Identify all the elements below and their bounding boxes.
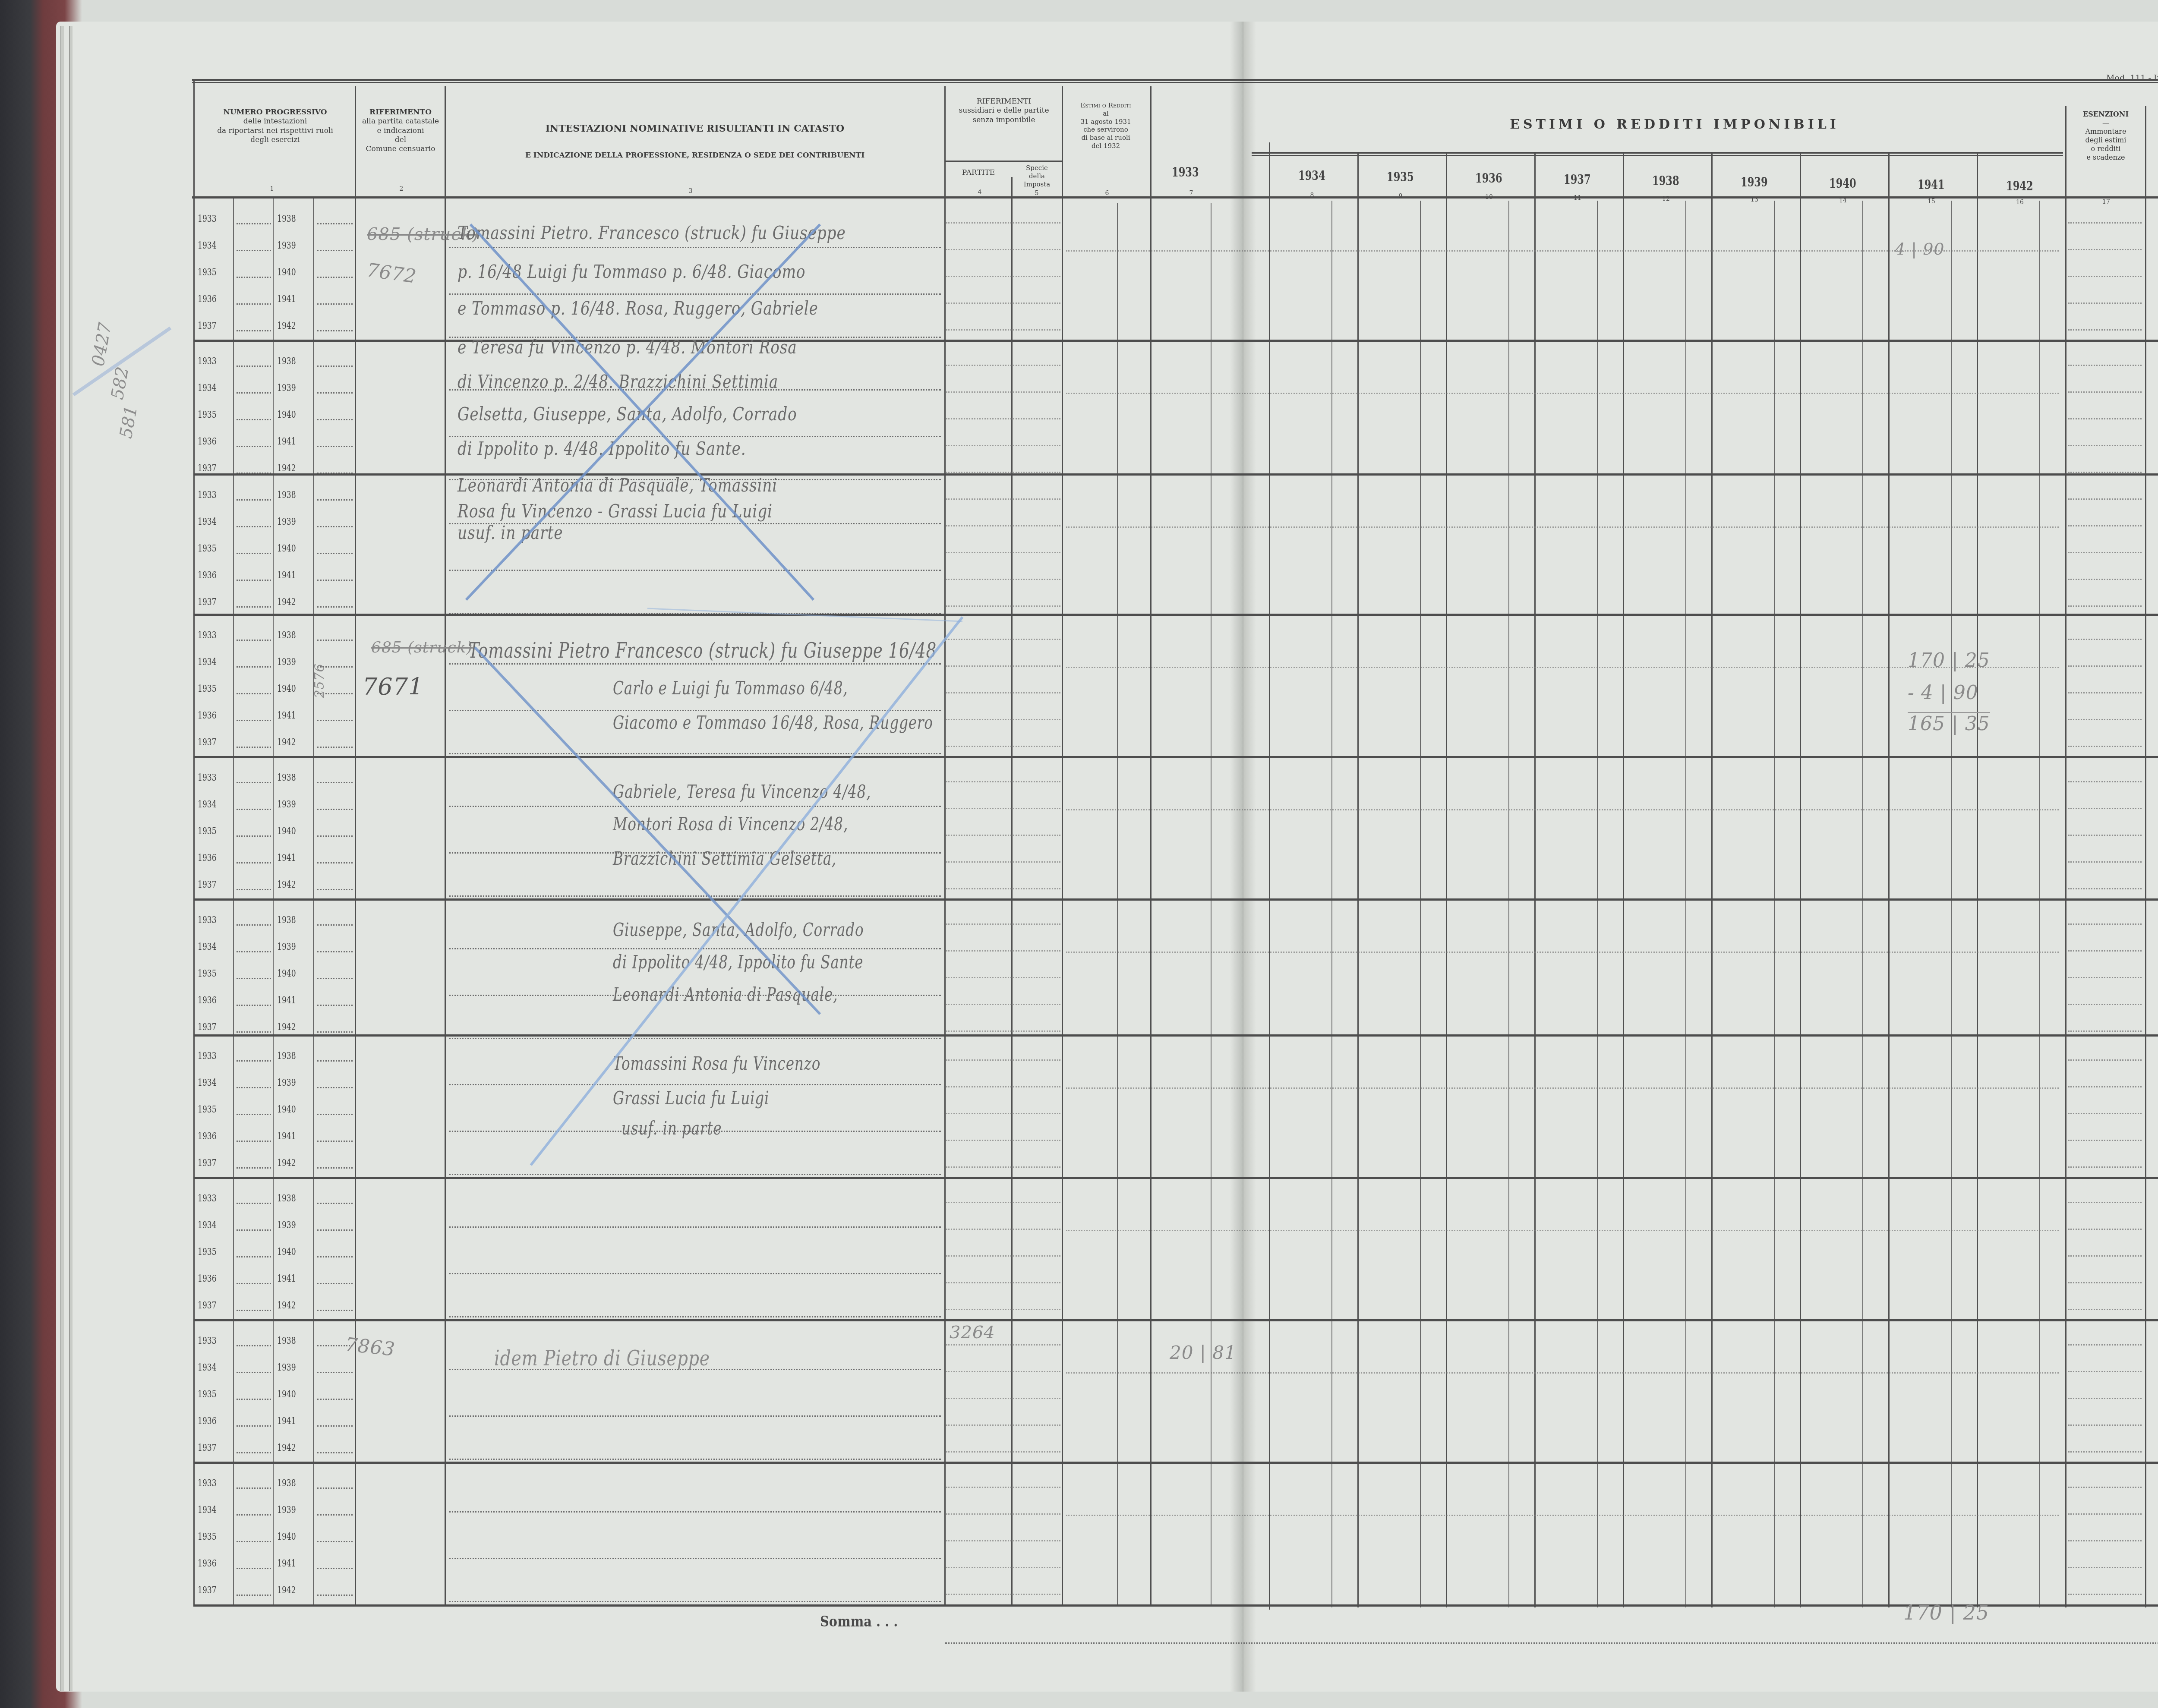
dotted-line [237, 366, 271, 367]
row-year: 1940 [277, 1104, 296, 1115]
dotted-line [317, 419, 353, 420]
dotted-line [237, 1541, 271, 1542]
dotted-line [2068, 472, 2142, 473]
dotted-line [237, 250, 271, 251]
writing-line [449, 1316, 941, 1317]
dotted-line [237, 1031, 271, 1033]
dotted-line [946, 1229, 1060, 1230]
dotted-line [237, 951, 271, 952]
writing-line [449, 1273, 941, 1274]
year-header: 1941 [1918, 177, 1945, 192]
entry-line: Carlo e Luigi fu Tommaso 6/48, [613, 678, 848, 699]
header-col3-subtitle: E INDICAZIONE DELLA PROFESSIONE, RESIDEN… [449, 151, 941, 160]
book-spine [1230, 22, 1256, 1692]
dotted-line [946, 781, 1060, 782]
row-year: 1937 [198, 1158, 217, 1169]
year-header: 1934 [1298, 168, 1325, 183]
dotted-line [317, 809, 353, 810]
block-divider [193, 1034, 2158, 1037]
dotted-line [1066, 1515, 2059, 1516]
dotted-line [317, 1031, 353, 1033]
header-col1: NUMERO PROGRESSIVO delle intestazioni da… [196, 108, 354, 145]
dotted-line [317, 1310, 353, 1311]
dotted-line [2068, 1166, 2142, 1168]
dotted-line [317, 1087, 353, 1088]
border-left [193, 79, 195, 1607]
dotted-line [237, 303, 271, 305]
col-divider [1150, 86, 1152, 1605]
dotted-line [2068, 1594, 2142, 1595]
dotted-line [2068, 1424, 2142, 1426]
year-col-divider [1446, 153, 1447, 1607]
row-year: 1939 [277, 657, 296, 668]
dotted-line [2068, 746, 2142, 747]
row-year: 1941 [277, 853, 296, 863]
estimi-1933-value: 20 | 81 [1170, 1342, 1237, 1363]
dotted-line [2068, 835, 2142, 836]
page-edge [69, 26, 73, 1691]
dotted-line [317, 526, 353, 527]
row-year: 1939 [277, 942, 296, 952]
dotted-line [2068, 861, 2142, 863]
header-line: degli esercizi [196, 136, 354, 145]
row-year: 1933 [198, 915, 217, 926]
year-col-divider [1357, 153, 1359, 1607]
dotted-line [2068, 1059, 2142, 1061]
row-year: 1935 [198, 826, 217, 837]
dotted-line [237, 1372, 271, 1373]
dotted-line [237, 580, 271, 581]
cents-divider [1420, 201, 1421, 1607]
years-header-rule [1252, 152, 2063, 156]
writing-line [449, 1084, 941, 1085]
header-col3-title: INTESTAZIONI NOMINATIVE RISULTANTI IN CA… [449, 123, 941, 135]
dotted-line [2068, 365, 2142, 366]
dotted-line [2068, 249, 2142, 250]
sub-divider [1211, 203, 1212, 1605]
dotted-line [1066, 952, 2059, 953]
estimi-1941-deduction: - 4 | 90 [1908, 682, 1978, 704]
dotted-line [237, 1399, 271, 1400]
row-year: 1936 [198, 1273, 217, 1284]
row-year: 1934 [198, 799, 217, 810]
dotted-line [317, 889, 353, 890]
dotted-line [946, 977, 1060, 978]
header-line: al [1063, 110, 1149, 118]
dotted-line [237, 978, 271, 979]
row-year: 1938 [277, 1051, 296, 1062]
dotted-line [2068, 222, 2142, 224]
cents-divider [1597, 201, 1598, 1607]
row-year: 1935 [198, 410, 217, 420]
row-year: 1935 [198, 1532, 217, 1542]
dotted-line [317, 1568, 353, 1569]
dotted-line [2068, 665, 2142, 667]
header-title: RIFERIMENTI [946, 97, 1062, 106]
dotted-line [317, 1487, 353, 1489]
row-year: 1941 [277, 570, 296, 581]
dotted-line [317, 1372, 353, 1373]
dotted-line [317, 747, 353, 748]
dotted-line [946, 1513, 1060, 1515]
dotted-line [2068, 391, 2142, 393]
row-year: 1941 [277, 436, 296, 447]
dotted-line [317, 640, 353, 641]
dotted-line [2068, 639, 2142, 640]
dotted-line [2068, 692, 2142, 693]
dotted-line [2068, 525, 2142, 526]
year-col-divider [1977, 153, 1978, 1607]
dotted-line [946, 1202, 1060, 1203]
header-title: NUMERO PROGRESSIVO [196, 108, 354, 117]
row-year: 1938 [277, 490, 296, 501]
dotted-line [317, 1229, 353, 1231]
entry-line: Tomassini Pietro Francesco (struck) fu G… [468, 639, 937, 663]
cents-divider [1685, 201, 1686, 1607]
sub-divider [273, 199, 274, 1605]
row-year: 1935 [198, 684, 217, 694]
dotted-line [946, 861, 1060, 863]
row-year: 1939 [277, 383, 296, 394]
year-col-divider [1800, 153, 1801, 1607]
row-year: 1937 [198, 597, 217, 608]
row-year: 1936 [198, 1558, 217, 1569]
dotted-line [237, 1203, 271, 1204]
column-number: 1 [259, 186, 285, 192]
riferimenti-rule [945, 161, 1063, 162]
cents-divider [1508, 201, 1509, 1607]
dotted-line [237, 1256, 271, 1257]
col-divider [1062, 86, 1063, 1605]
dotted-line [946, 923, 1060, 925]
estimi-1941-value: 170 | 25 [1908, 649, 1990, 671]
dotted-line [317, 606, 353, 608]
row-year: 1933 [198, 214, 217, 224]
header-line: sussidiari e delle partite [946, 106, 1062, 115]
dotted-line [317, 782, 353, 783]
dotted-line [317, 1283, 353, 1284]
col-divider [2065, 106, 2067, 1607]
dotted-line [237, 1060, 271, 1062]
row-year: 1937 [198, 879, 217, 890]
row-year: 1939 [277, 240, 296, 251]
entry-line: Leonardi Antonia di Pasquale, Tomassini [457, 475, 777, 496]
dotted-line [317, 1060, 353, 1062]
writing-line [449, 1038, 941, 1039]
row-year: 1936 [198, 294, 217, 305]
dotted-line [946, 665, 1060, 667]
row-year: 1942 [277, 463, 296, 474]
dotted-line [946, 1255, 1060, 1257]
dotted-line [946, 303, 1060, 304]
header-line: da riportarsi nei rispettivi ruoli [196, 126, 354, 136]
writing-line [449, 1601, 941, 1602]
dotted-line [317, 951, 353, 952]
dotted-line [317, 1425, 353, 1427]
writing-line [449, 806, 941, 807]
dotted-line [946, 1540, 1060, 1541]
row-year: 1942 [277, 1022, 296, 1033]
dotted-line [946, 692, 1060, 693]
entry-line: Montori Rosa di Vincenzo 2/48, [613, 813, 848, 835]
row-year: 1934 [198, 1078, 217, 1088]
dotted-line [2068, 276, 2142, 277]
col-divider [355, 86, 356, 1605]
writing-line [449, 1558, 941, 1559]
row-year: 1935 [198, 968, 217, 979]
row-year: 1936 [198, 710, 217, 721]
block-divider [193, 1177, 2158, 1179]
entry-line: idem Pietro di Giuseppe [494, 1346, 710, 1371]
row-year: 1941 [277, 294, 296, 305]
dotted-line [2068, 781, 2142, 782]
dotted-line [946, 498, 1060, 500]
row-year: 1934 [198, 517, 217, 527]
dotted-line [317, 1595, 353, 1596]
dotted-line [2068, 1398, 2142, 1399]
dotted-line [237, 1425, 271, 1427]
dotted-line [237, 499, 271, 501]
dotted-line [237, 553, 271, 554]
writing-line [449, 247, 941, 248]
dotted-line [946, 746, 1060, 747]
row-year: 1939 [277, 1505, 296, 1516]
dotted-line [2068, 1140, 2142, 1141]
dotted-line [317, 1167, 353, 1169]
dotted-line [2068, 1255, 2142, 1257]
dotted-line [237, 606, 271, 608]
row-year: 1936 [198, 1131, 217, 1142]
dotted-line [2068, 418, 2142, 419]
dotted-line [946, 329, 1060, 331]
somma-label: Somma . . . [820, 1613, 898, 1630]
dotted-line [237, 392, 271, 394]
row-year: 1934 [198, 240, 217, 251]
row-year: 1937 [198, 1300, 217, 1311]
dotted-line [946, 1004, 1060, 1005]
dotted-line [317, 1514, 353, 1516]
column-number: 12 [1657, 195, 1675, 202]
cents-divider [1951, 201, 1952, 1607]
dotted-line [1066, 1230, 2059, 1231]
dotted-line [2068, 1487, 2142, 1488]
dotted-line [2068, 977, 2142, 978]
row-year: 1942 [277, 1300, 296, 1311]
entry-line: usuf. in parte [622, 1118, 722, 1139]
dotted-line [946, 1059, 1060, 1061]
writing-line [449, 436, 941, 437]
dotted-line [237, 277, 271, 278]
header-line: del 1932 [1063, 142, 1149, 150]
writing-line [449, 570, 941, 571]
writing-line [449, 753, 941, 754]
dotted-line [317, 330, 353, 331]
dotted-line [946, 1371, 1060, 1372]
dotted-line [317, 978, 353, 979]
block-divider [193, 898, 2158, 901]
header-line: degli estimi [2067, 136, 2144, 145]
header-top-rule [192, 79, 2158, 83]
row-year: 1942 [277, 737, 296, 748]
row-year: 1933 [198, 630, 217, 641]
year-col-divider [1711, 153, 1713, 1607]
row-year: 1942 [277, 1443, 296, 1453]
dotted-line [946, 719, 1060, 720]
dotted-line [237, 223, 271, 224]
row-year: 1936 [198, 1416, 217, 1427]
row-year: 1935 [198, 1247, 217, 1257]
dotted-line [946, 1113, 1060, 1114]
dotted-line [2068, 719, 2142, 720]
row-year: 1940 [277, 543, 296, 554]
header-riferimenti: RIFERIMENTI sussidiari e delle partite s… [946, 97, 1062, 125]
row-year: 1938 [277, 630, 296, 641]
header-line: Estimi o Redditi [1063, 101, 1149, 110]
dotted-line [2068, 1513, 2142, 1515]
dotted-line [317, 446, 353, 447]
cents-divider [1862, 201, 1863, 1607]
header-estimi-imponibili: ESTIMI O REDDITI IMPONIBILI [1295, 117, 2054, 133]
year-header: 1937 [1564, 172, 1591, 187]
column-number: 6 [1094, 190, 1120, 197]
row-year: 1940 [277, 1389, 296, 1400]
dotted-line [2068, 445, 2142, 446]
dotted-line [2068, 579, 2142, 580]
dotted-line [237, 526, 271, 527]
dotted-line [2068, 1451, 2142, 1453]
writing-line [449, 1174, 941, 1175]
entry-line: Tomassini Pietro. Francesco (struck) fu … [457, 222, 846, 243]
header-specie: Specie della Imposta [1012, 164, 1062, 188]
entry-line: Giuseppe, Santa, Adolfo, Corrado [613, 919, 864, 940]
row-year: 1939 [277, 799, 296, 810]
header-line: di base ai ruoli [1063, 134, 1149, 142]
header-line: Ammontare [2067, 127, 2144, 136]
dotted-line [946, 1398, 1060, 1399]
row-year: 1937 [198, 737, 217, 748]
row-year: 1942 [277, 879, 296, 890]
row-year: 1941 [277, 1273, 296, 1284]
sub-divider [1117, 203, 1118, 1605]
row-year: 1934 [198, 942, 217, 952]
row-year: 1937 [198, 321, 217, 331]
dotted-line [237, 640, 271, 641]
row-year: 1933 [198, 356, 217, 367]
row-year: 1939 [277, 517, 296, 527]
dotted-line [237, 693, 271, 694]
dotted-line [237, 1452, 271, 1453]
row-year: 1936 [198, 436, 217, 447]
row-year: 1939 [277, 1362, 296, 1373]
row-year: 1941 [277, 1131, 296, 1142]
dotted-line [2068, 1202, 2142, 1203]
writing-line [449, 293, 941, 295]
dotted-line [317, 580, 353, 581]
dotted-line [946, 391, 1060, 393]
row-year: 1933 [198, 1193, 217, 1204]
year-header: 1940 [1829, 176, 1856, 191]
dotted-line [946, 552, 1060, 553]
riferimento-struck: 685 (struck) [371, 639, 473, 656]
dotted-line [237, 1345, 271, 1346]
header-line: Imposta [1012, 180, 1062, 189]
dotted-line [317, 1256, 353, 1257]
dotted-line [946, 1451, 1060, 1453]
entry-line: p. 16/48 Luigi fu Tommaso p. 6/48. Giaco… [457, 261, 805, 282]
row-year: 1934 [198, 383, 217, 394]
column-number: 13 [1746, 196, 1763, 203]
page-edge [60, 26, 64, 1691]
year-col-divider [1534, 153, 1536, 1607]
row-year: 1941 [277, 995, 296, 1006]
dotted-line [946, 418, 1060, 419]
dotted-line [317, 1399, 353, 1400]
header-title: RIFERIMENTO [357, 108, 444, 117]
dotted-line [2068, 303, 2142, 304]
header-line: 31 agosto 1931 [1063, 118, 1149, 126]
block-divider [193, 614, 2158, 616]
entry-line: usuf. in parte [457, 522, 563, 543]
dotted-line [2068, 950, 2142, 952]
dotted-line [237, 1005, 271, 1006]
dotted-line [237, 666, 271, 668]
header-line: del [357, 136, 444, 145]
row-year: 1938 [277, 356, 296, 367]
dotted-line [2068, 605, 2142, 607]
row-year: 1939 [277, 1220, 296, 1231]
dotted-line [317, 366, 353, 367]
dotted-line [946, 222, 1060, 224]
column-number: 4 [967, 189, 993, 196]
cents-divider [1774, 201, 1775, 1607]
entry-line: Brazzichini Settimia Gelsetta, [613, 848, 836, 869]
header-line: senza imponibile [946, 116, 1062, 125]
dotted-line [946, 639, 1060, 640]
estimi-1941-total: 165 | 35 [1908, 712, 1990, 735]
writing-line [449, 895, 941, 897]
row-year: 1940 [277, 968, 296, 979]
dotted-line [946, 1166, 1060, 1168]
dotted-line [317, 1203, 353, 1204]
row-year: 1937 [198, 1585, 217, 1596]
row-year: 1935 [198, 543, 217, 554]
dotted-line [237, 747, 271, 748]
dotted-line [2068, 808, 2142, 809]
dotted-line [946, 1086, 1060, 1087]
cents-divider [2039, 201, 2040, 1607]
dotted-line [237, 446, 271, 447]
row-year: 1939 [277, 1078, 296, 1088]
dotted-line [946, 808, 1060, 809]
header-estimi-base: Estimi o Redditi al 31 agosto 1931 che s… [1063, 101, 1149, 150]
dotted-line [946, 1594, 1060, 1595]
entry-line: di Ippolito 4/48, Ippolito fu Sante [613, 952, 864, 973]
dotted-line [2068, 1113, 2142, 1114]
dotted-line [946, 276, 1060, 277]
dotted-line [237, 782, 271, 783]
dotted-line [317, 1141, 353, 1142]
row-year: 1941 [277, 710, 296, 721]
dotted-line [237, 1229, 271, 1231]
dotted-line [946, 445, 1060, 446]
col-divider [944, 86, 946, 1605]
year-header: 1938 [1652, 173, 1679, 189]
dotted-line [317, 862, 353, 863]
dotted-line [946, 472, 1060, 473]
col-divider [445, 86, 446, 1605]
row-year: 1940 [277, 1247, 296, 1257]
header-line: che servirono [1063, 126, 1149, 134]
